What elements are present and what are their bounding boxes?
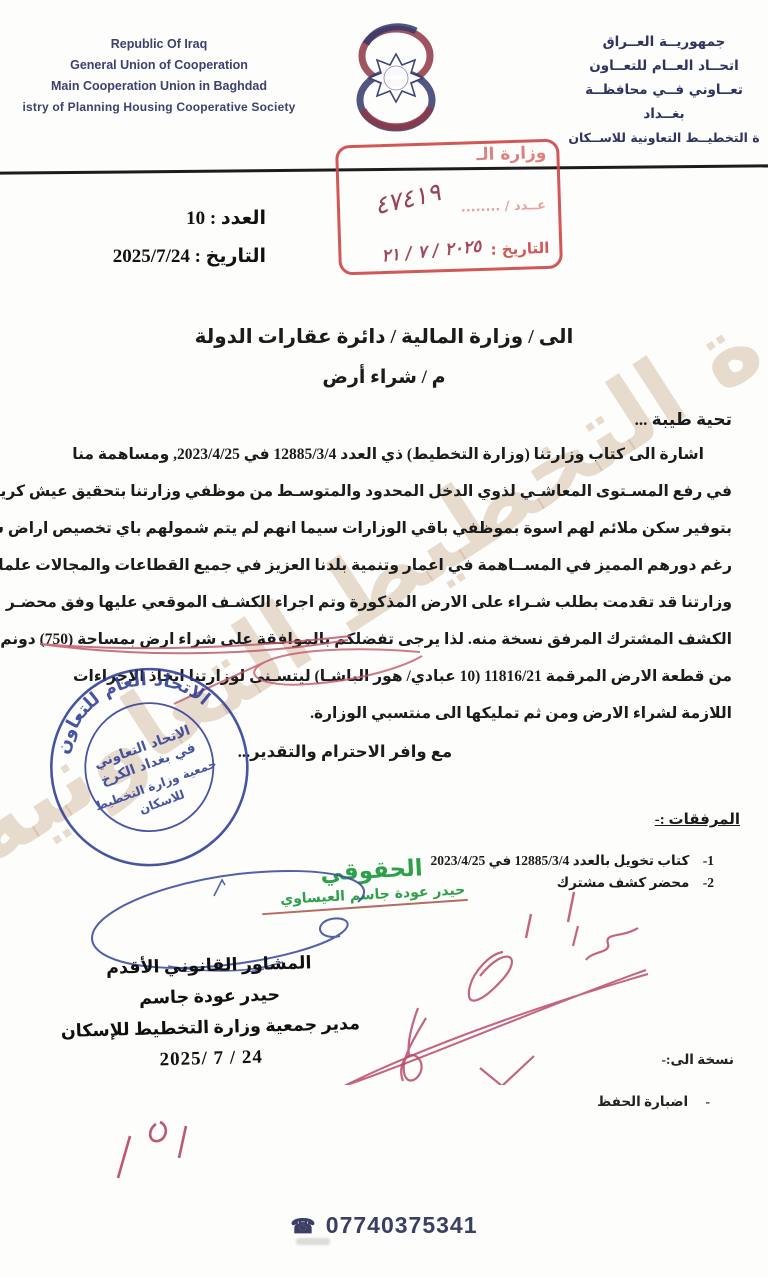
reference-date-label: التاريخ : — [195, 246, 266, 267]
footer-contact: ☎ 07740375341 — [0, 1212, 768, 1239]
recipient-line: الى / وزارة المالية / دائرة عقارات الدول… — [0, 324, 768, 349]
phone-icon: ☎ — [290, 1216, 316, 1238]
union-emblem-logo — [336, 10, 456, 142]
header-english: Republic Of Iraq General Union of Cooper… — [0, 34, 320, 118]
header-arabic-line: جمهوريــة العــراق — [566, 30, 762, 54]
header-english-line: Main Cooperation Union in Baghdad — [0, 76, 320, 97]
header-english-line: istry of Planning Housing Cooperative So… — [0, 97, 320, 118]
attachments-section: المرفقات :- 1- كتاب تخويل بالعدد 12885/3… — [431, 810, 740, 891]
body-line: اشارة الى كتاب وزارتنا (وزارة التخطيط) ذ… — [34, 436, 732, 473]
reference-number-row: العدد : 10 — [48, 200, 266, 238]
greeting-text: تحية طيبة ... — [635, 410, 732, 430]
signature-block: المشاور القانوني الأقدم حيدر عودة جاسم م… — [48, 946, 371, 1078]
copy-to-item: - اضبارة الحفظ — [597, 1094, 734, 1110]
stamp-handwritten-number: ٤٧٤١٩ — [371, 177, 443, 220]
header-arabic-line: اتحــاد العــام للتعــاون — [566, 54, 762, 78]
body-line: رغم دورهم المميز في المســاهمة في اعمار … — [34, 547, 732, 584]
incoming-receipt-stamp: وزارة الـ عــدد / ........ ٤٧٤١٩ التاريخ… — [335, 139, 563, 276]
attachments-title: المرفقات :- — [431, 810, 740, 829]
reference-date-row: التاريخ : 2025/7/24 — [48, 238, 266, 276]
emblem-star — [369, 54, 423, 102]
attachment-item-number: 2- — [703, 875, 714, 890]
header-english-line: Republic Of Iraq — [0, 34, 320, 55]
reference-number-value: 10 — [186, 208, 205, 229]
red-handwriting-annotation — [330, 880, 650, 1085]
emblem-top-ring-navy-arc — [366, 27, 416, 44]
stamp-ministry-text: وزارة الـ — [476, 143, 547, 165]
subject-line: م / شراء أرض — [0, 366, 768, 389]
attachment-item: 1- كتاب تخويل بالعدد 12885/3/4 في 2023/4… — [431, 853, 740, 869]
reference-number-label: العدد : — [210, 208, 266, 229]
attachment-item-number: 1- — [703, 853, 714, 868]
stamp-date-row: التاريخ : ٢٠٢٥ / ٧ / ٢١ — [381, 238, 550, 263]
body-line: في رفع المسـتوى المعاشـي لذوي الدخل المح… — [34, 473, 732, 510]
header-arabic-line: ة التخطيــط التعاونية للاســكان — [566, 126, 762, 150]
reference-date-value: 2025/7/24 — [113, 246, 190, 267]
copy-to-item-text: اضبارة الحفظ — [597, 1094, 688, 1109]
body-line: وزارتنا قد تقدمت بطلب شـراء على الارض ال… — [34, 584, 732, 621]
stamp-number-label: عــدد / ........ — [461, 198, 547, 216]
copy-to-bullet: - — [706, 1094, 711, 1109]
scanned-letter-page: جمعية وزارة التخطيط التعاونية للاسكان Re… — [0, 0, 768, 1277]
red-pen-mark — [64, 1096, 214, 1201]
header-english-line: General Union of Cooperation — [0, 55, 320, 76]
phone-number: 07740375341 — [326, 1212, 478, 1238]
scan-smudge — [296, 1238, 330, 1245]
stamp-handwritten-date: ٢٠٢٥ / ٧ / ٢١ — [381, 237, 483, 267]
body-line: بتوفير سكن ملائم لهم اسوة بموظفي باقي ال… — [34, 510, 732, 547]
stamp-date-label: التاريخ : — [490, 239, 549, 259]
header-arabic-line: تعــاوني فــي محافظــة بغــداد — [566, 78, 762, 126]
reference-block: العدد : 10 التاريخ : 2025/7/24 — [48, 200, 266, 276]
header-arabic: جمهوريــة العــراق اتحــاد العــام للتعـ… — [566, 30, 762, 150]
